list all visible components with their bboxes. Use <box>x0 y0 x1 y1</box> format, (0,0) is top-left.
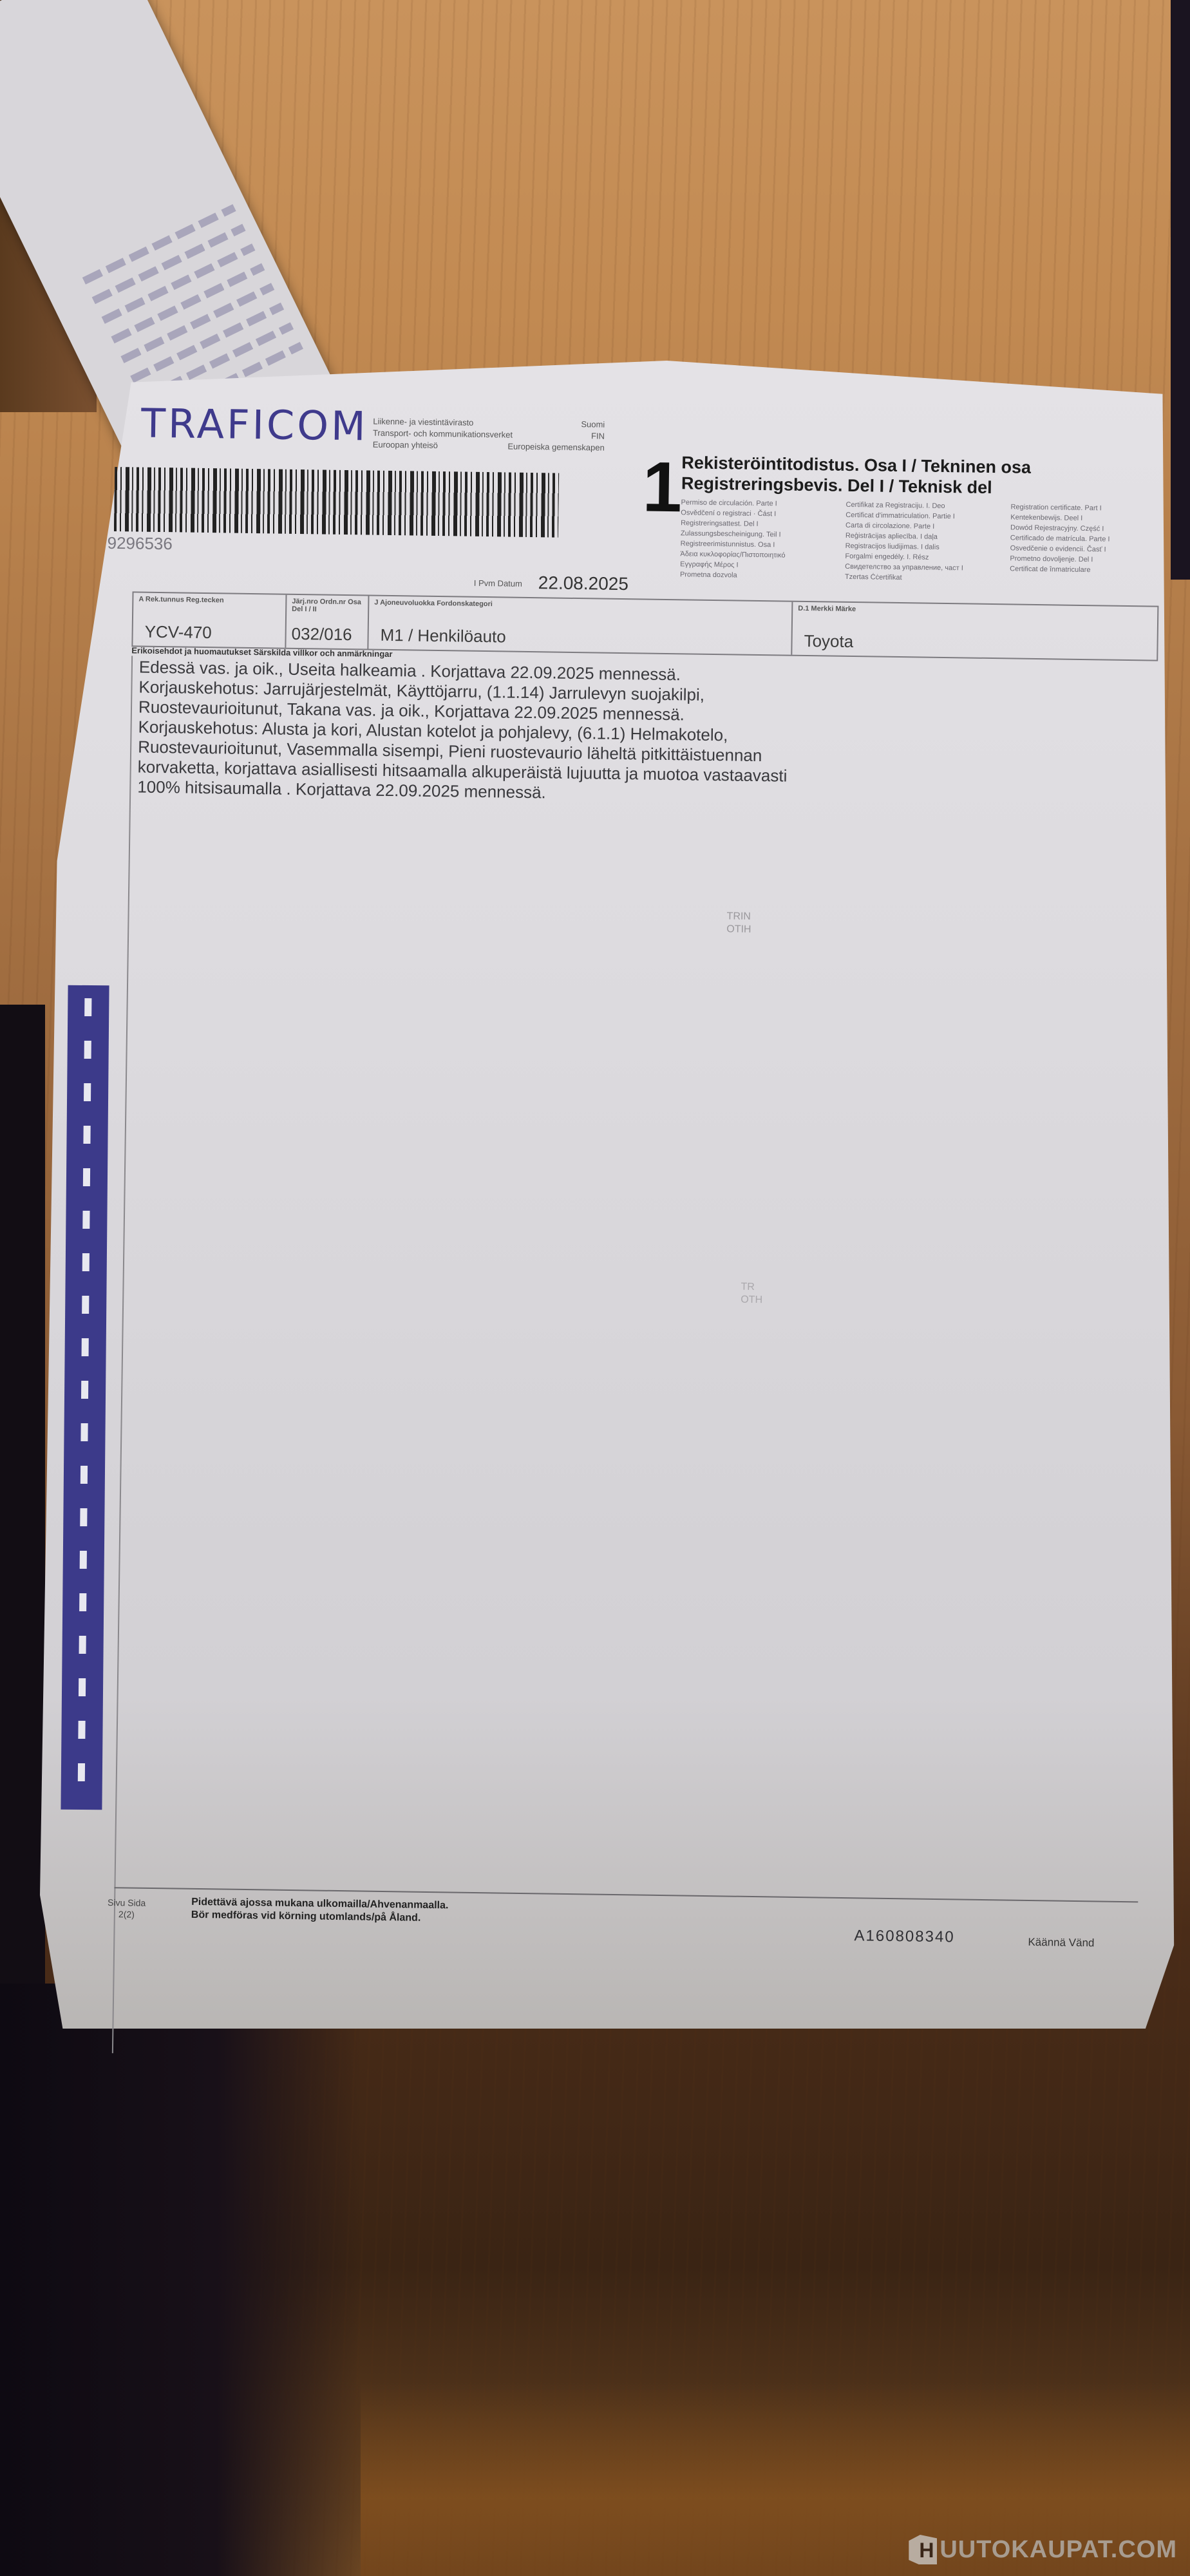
registration-field: A Rek.tunnus Reg.tecken YCV-470 <box>133 592 287 647</box>
dark-edge <box>1171 0 1190 580</box>
category-field: J Ajoneuvoluokka Fordonskategori M1 / He… <box>368 596 793 655</box>
huutokaupat-watermark: H UUTOKAUPAT.COM <box>909 2535 1177 2564</box>
show-through-text: TR OTH <box>741 1281 762 1307</box>
dark-shadow-bottom <box>0 1984 361 2576</box>
section-number: 1 <box>642 451 683 523</box>
cube-logo-icon: H <box>909 2535 937 2564</box>
date-label: I Pvm Datum <box>474 578 522 589</box>
make-field: D.1 Merkki Märke Toyota <box>792 602 1157 660</box>
registration-number: YCV-470 <box>144 622 212 643</box>
traficom-logo: TRAFICOM <box>141 400 368 450</box>
title-translations: Permiso de circulación. Parte ICertifika… <box>680 497 1171 587</box>
turn-over-label: Käännä Vänd <box>1028 1936 1094 1949</box>
title-translation <box>1010 574 1169 586</box>
carry-notice: Pidettävä ajossa mukana ulkomailla/Ahven… <box>191 1896 449 1926</box>
registration-certificate: TRAFICOM Liikenne- ja viestintävirastoSu… <box>94 386 1172 1985</box>
part-field: Järj.nro Ordn.nr Osa Del I / II 032/016 <box>286 595 369 649</box>
page-indicator: Sivu Sida 2(2) <box>108 1897 146 1920</box>
remarks-box <box>112 656 1157 2067</box>
part-number: 032/016 <box>291 624 352 645</box>
serial-number: A160808340 <box>854 1927 955 1946</box>
document-title: Rekisteröintitodistus. Osa I / Tekninen … <box>681 452 1031 498</box>
vehicle-category: M1 / Henkilöauto <box>380 625 506 647</box>
date-value: 22.08.2025 <box>538 573 629 594</box>
title-translation: Tzertas Ċċertifikat <box>845 572 1005 584</box>
strip-dashes <box>78 998 92 1797</box>
show-through-text: TRIN OTIH <box>726 910 751 936</box>
issuer-info: Liikenne- ja viestintävirastoSuomi Trans… <box>373 416 605 454</box>
watermark-text: UUTOKAUPAT.COM <box>940 2536 1177 2564</box>
barcode-number: 9296536 <box>107 533 173 554</box>
remarks-text: Edessä vas. ja oik., Useita halkeamia . … <box>137 658 1041 810</box>
title-translation: Prometna dozvola <box>680 569 840 582</box>
barcode <box>114 467 559 538</box>
vehicle-make: Toyota <box>804 631 853 652</box>
